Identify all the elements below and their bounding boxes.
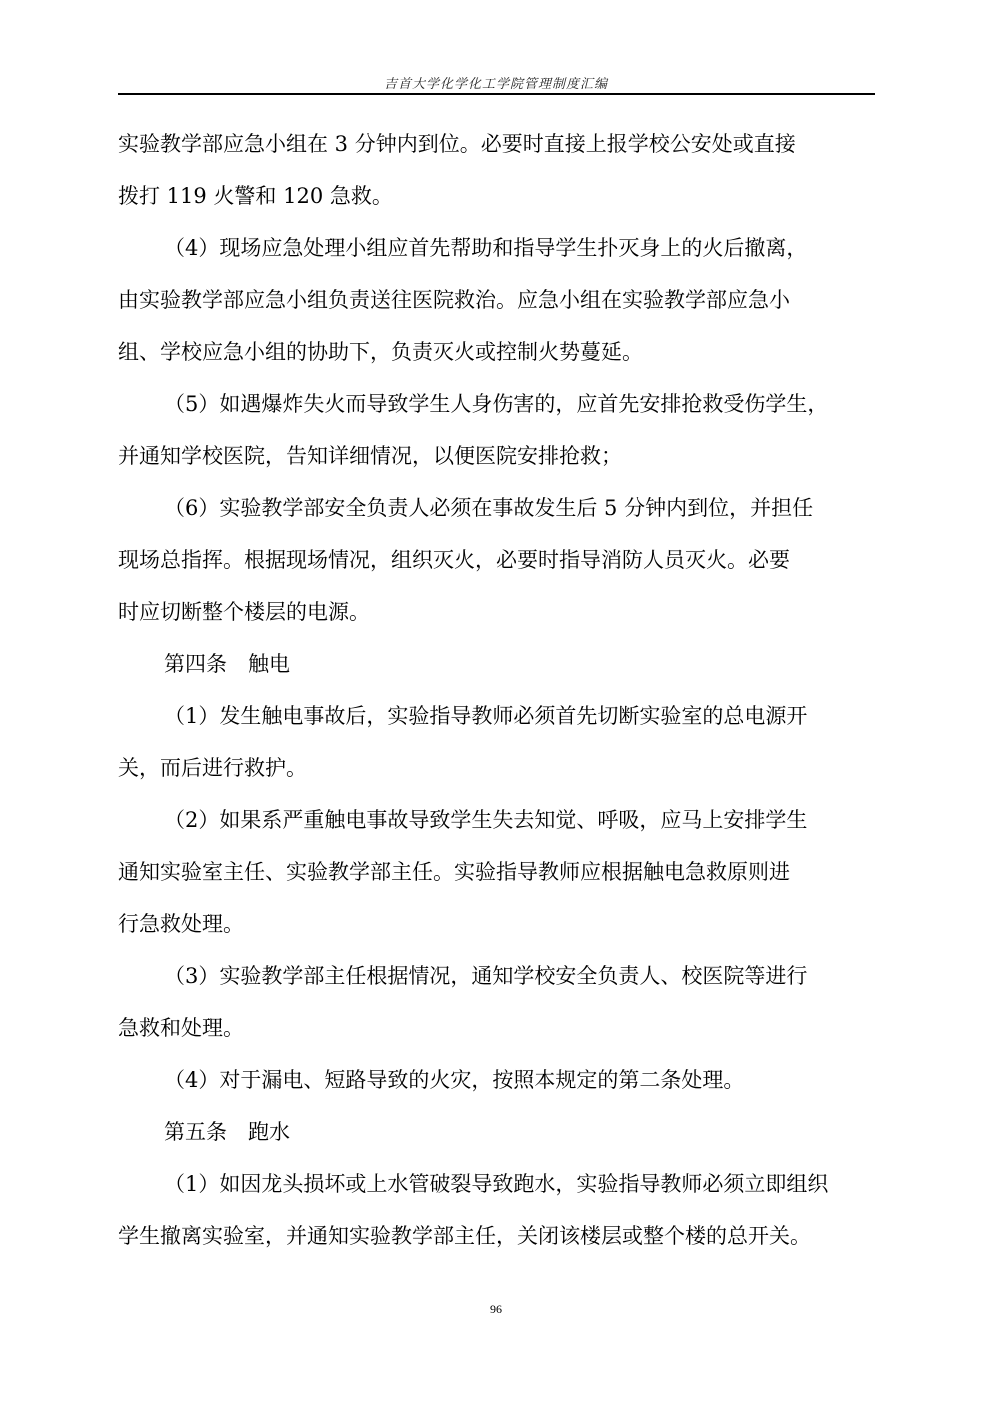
body-line: 并通知学校医院，告知详细情况，以便医院安排抢救； bbox=[118, 434, 875, 486]
body-line: 急救和处理。 bbox=[118, 1006, 875, 1058]
body-line: （2）如果系严重触电事故导致学生失去知觉、呼吸，应马上安排学生 bbox=[118, 798, 875, 850]
body-line: 行急救处理。 bbox=[118, 902, 875, 954]
body-line: （1）发生触电事故后，实验指导教师必须首先切断实验室的总电源开 bbox=[118, 694, 875, 746]
body-line: 现场总指挥。根据现场情况，组织灭火，必要时指导消防人员灭火。必要 bbox=[118, 538, 875, 590]
body-line: （4）现场应急处理小组应首先帮助和指导学生扑灭身上的火后撤离， bbox=[118, 226, 875, 278]
body-line: （4）对于漏电、短路导致的火灾，按照本规定的第二条处理。 bbox=[118, 1058, 875, 1110]
document-body: 实验教学部应急小组在 3 分钟内到位。必要时直接上报学校公安处或直接 拨打 11… bbox=[118, 122, 875, 1266]
body-line: 通知实验室主任、实验教学部主任。实验指导教师应根据触电急救原则进 bbox=[118, 850, 875, 902]
body-line: 学生撤离实验室，并通知实验教学部主任，关闭该楼层或整个楼的总开关。 bbox=[118, 1214, 875, 1266]
body-line: 拨打 119 火警和 120 急救。 bbox=[118, 174, 875, 226]
body-line: 实验教学部应急小组在 3 分钟内到位。必要时直接上报学校公安处或直接 bbox=[118, 122, 875, 174]
section-heading-article-4: 第四条 触电 bbox=[118, 642, 875, 694]
running-header-title: 吉首大学化学化工学院管理制度汇编 bbox=[0, 73, 992, 92]
body-line: （3）实验教学部主任根据情况，通知学校安全负责人、校医院等进行 bbox=[118, 954, 875, 1006]
body-line: 关，而后进行救护。 bbox=[118, 746, 875, 798]
body-line: 时应切断整个楼层的电源。 bbox=[118, 590, 875, 642]
body-line: （6）实验教学部安全负责人必须在事故发生后 5 分钟内到位，并担任 bbox=[118, 486, 875, 538]
body-line: （1）如因龙头损坏或上水管破裂导致跑水，实验指导教师必须立即组织 bbox=[118, 1162, 875, 1214]
body-line: 由实验教学部应急小组负责送往医院救治。应急小组在实验教学部应急小 bbox=[118, 278, 875, 330]
header-rule bbox=[118, 93, 875, 95]
section-heading-article-5: 第五条 跑水 bbox=[118, 1110, 875, 1162]
page-number: 96 bbox=[0, 1302, 992, 1317]
body-line: （5）如遇爆炸失火而导致学生人身伤害的，应首先安排抢救受伤学生， bbox=[118, 382, 875, 434]
body-line: 组、学校应急小组的协助下，负责灭火或控制火势蔓延。 bbox=[118, 330, 875, 382]
